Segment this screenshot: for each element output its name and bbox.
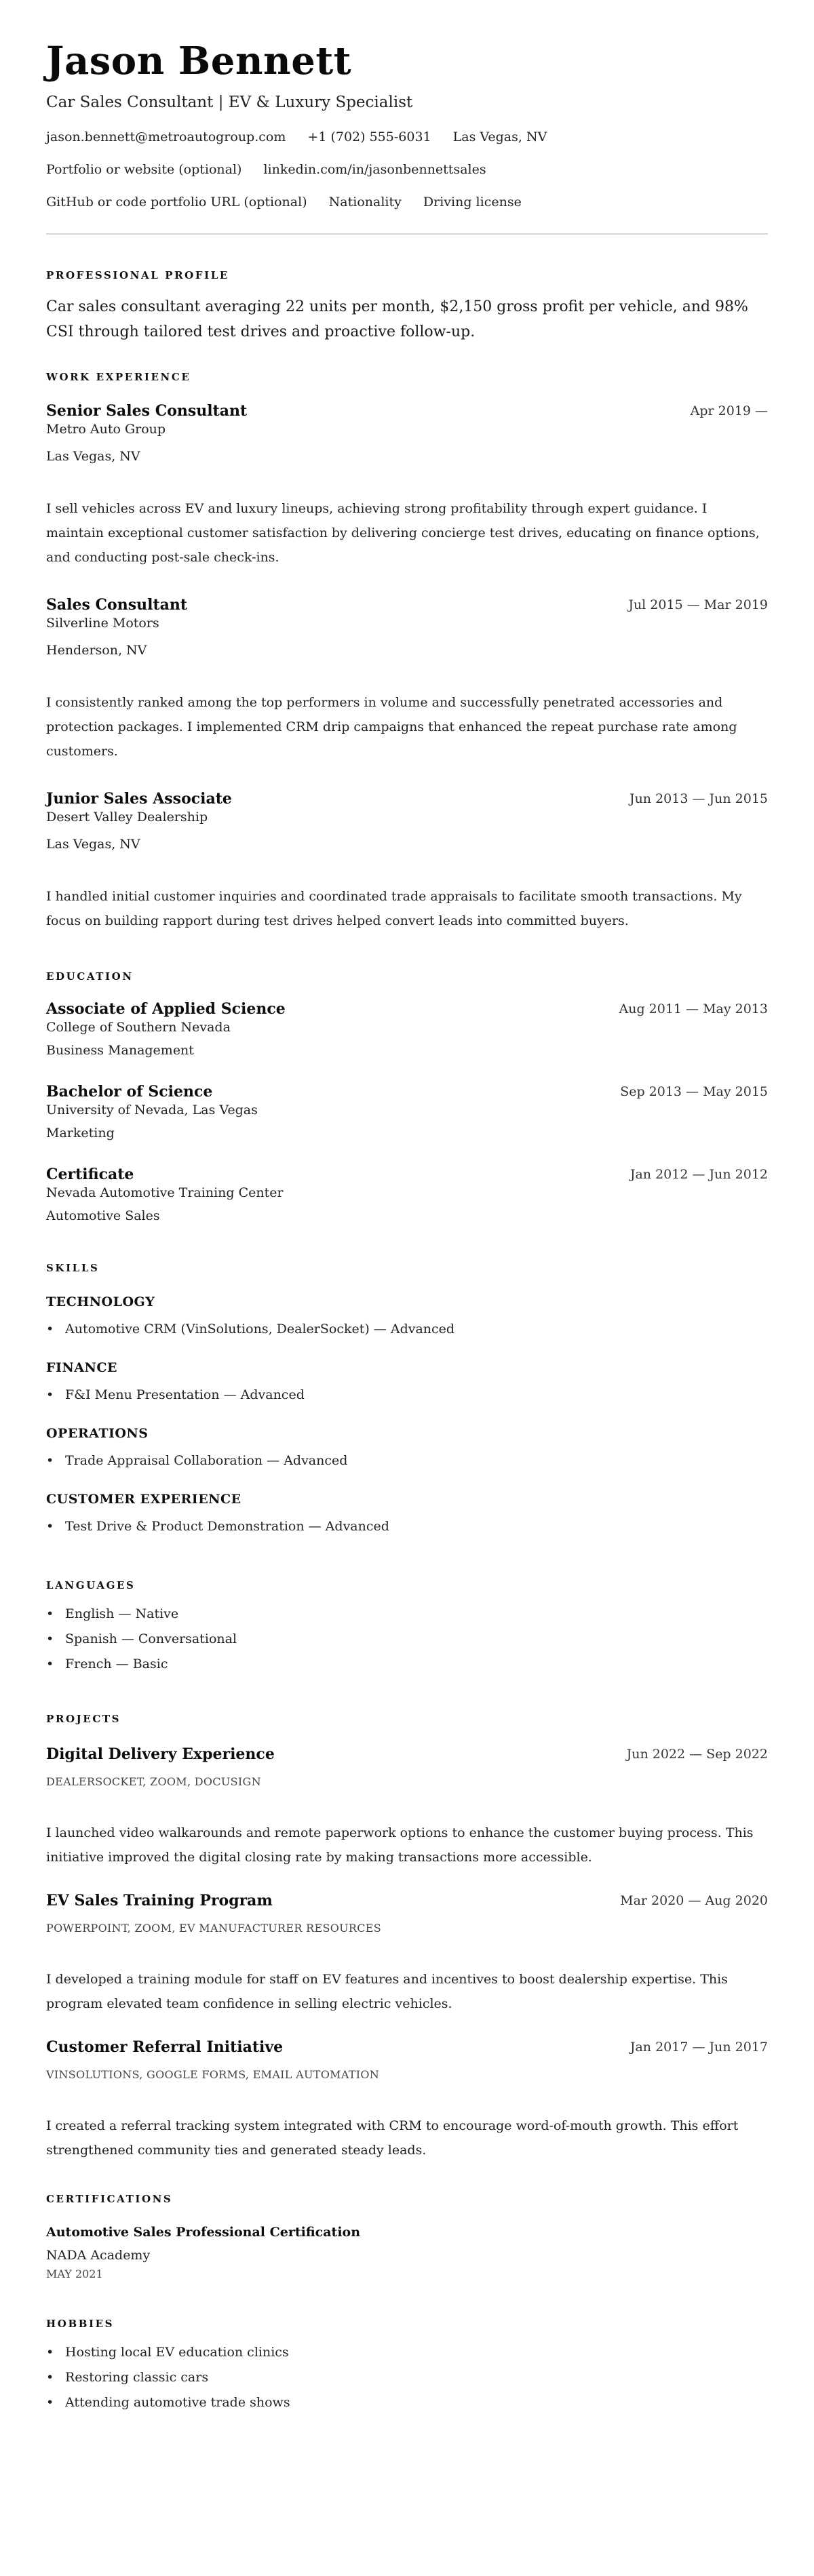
skills-section: Skills Technology Automotive CRM (VinSol… — [46, 1261, 768, 1539]
project-item: Customer Referral Initiative Jan 2017 — … — [46, 2038, 768, 2162]
contact-row-primary: jason.bennett@metroautogroup.com +1 (702… — [46, 129, 768, 145]
resume-header: Jason Bennett Car Sales Consultant | EV … — [46, 0, 768, 210]
work-item: Sales Consultant Jul 2015 — Mar 2019 Sil… — [46, 595, 768, 764]
candidate-headline: Car Sales Consultant | EV & Luxury Speci… — [46, 92, 768, 113]
education-dates: Jan 2012 — Jun 2012 — [630, 1165, 768, 1184]
education-dates: Sep 2013 — May 2015 — [620, 1082, 768, 1101]
section-heading-skills: Skills — [46, 1261, 768, 1275]
job-title: Senior Sales Consultant — [46, 401, 768, 420]
job-location: Henderson, NV — [46, 641, 768, 659]
contact-github[interactable]: GitHub or code portfolio URL (optional) — [46, 195, 307, 210]
contact-phone[interactable]: +1 (702) 555-6031 — [307, 130, 431, 144]
certifications-section: Certifications Automotive Sales Professi… — [46, 2192, 768, 2282]
section-heading-education: Education — [46, 970, 768, 983]
section-heading-profile: Professional Profile — [46, 269, 768, 282]
school-name: College of Southern Nevada — [46, 1018, 768, 1036]
languages-section: Languages English — Native Spanish — Con… — [46, 1579, 768, 1677]
project-item: EV Sales Training Program Mar 2020 — Aug… — [46, 1891, 768, 2016]
skill-list: Test Drive & Product Demonstration — Adv… — [46, 1514, 768, 1539]
hobby-item: Hosting local EV education clinics — [65, 2340, 768, 2365]
project-description: I created a referral tracking system int… — [46, 2114, 768, 2162]
hobby-item: Restoring classic cars — [65, 2365, 768, 2390]
skill-group-title: Finance — [46, 1360, 768, 1376]
job-location: Las Vegas, NV — [46, 835, 768, 853]
project-dates: Jan 2017 — Jun 2017 — [630, 2038, 768, 2057]
school-name: University of Nevada, Las Vegas — [46, 1101, 768, 1119]
project-tech-stack: DealerSocket, Zoom, DocuSign — [46, 1775, 768, 1789]
job-company: Metro Auto Group — [46, 420, 768, 438]
school-name: Nevada Automotive Training Center — [46, 1184, 768, 1202]
projects-section: Projects Digital Delivery Experience Jun… — [46, 1712, 768, 2162]
section-heading-languages: Languages — [46, 1579, 768, 1592]
job-description: I handled initial customer inquiries and… — [46, 884, 768, 933]
profile-section: Professional Profile Car sales consultan… — [46, 269, 768, 344]
section-heading-projects: Projects — [46, 1712, 768, 1726]
hobby-list: Hosting local EV education clinics Resto… — [46, 2340, 768, 2415]
certification-title: Automotive Sales Professional Certificat… — [46, 2223, 768, 2241]
project-description: I launched video walkarounds and remote … — [46, 1821, 768, 1869]
skill-item: Test Drive & Product Demonstration — Adv… — [65, 1514, 768, 1539]
job-dates: Jun 2013 — Jun 2015 — [629, 789, 768, 808]
hobby-item: Attending automotive trade shows — [65, 2390, 768, 2415]
contact-location: Las Vegas, NV — [453, 130, 547, 144]
job-company: Silverline Motors — [46, 614, 768, 632]
job-description: I sell vehicles across EV and luxury lin… — [46, 496, 768, 570]
project-item: Digital Delivery Experience Jun 2022 — S… — [46, 1745, 768, 1869]
contact-portfolio[interactable]: Portfolio or website (optional) — [46, 162, 241, 177]
education-item: Associate of Applied Science Aug 2011 — … — [46, 999, 768, 1059]
profile-summary: Car sales consultant averaging 22 units … — [46, 294, 768, 344]
section-heading-certifications: Certifications — [46, 2192, 768, 2206]
language-item: French — Basic — [65, 1652, 768, 1677]
project-tech-stack: VinSolutions, Google Forms, Email automa… — [46, 2067, 768, 2082]
language-item: English — Native — [65, 1602, 768, 1627]
job-dates: Jul 2015 — Mar 2019 — [628, 595, 768, 614]
skill-list: Trade Appraisal Collaboration — Advanced — [46, 1448, 768, 1473]
header-divider — [46, 233, 768, 235]
job-company: Desert Valley Dealership — [46, 808, 768, 826]
skill-item: Trade Appraisal Collaboration — Advanced — [65, 1448, 768, 1473]
work-item: Junior Sales Associate Jun 2013 — Jun 20… — [46, 789, 768, 933]
skill-group-title: Technology — [46, 1294, 768, 1310]
hobbies-section: Hobbies Hosting local EV education clini… — [46, 2317, 768, 2456]
contact-email[interactable]: jason.bennett@metroautogroup.com — [46, 130, 286, 144]
education-section: Education Associate of Applied Science A… — [46, 970, 768, 1225]
contact-linkedin[interactable]: linkedin.com/in/jasonbennettsales — [264, 162, 486, 177]
field-of-study: Automotive Sales — [46, 1207, 768, 1225]
job-location: Las Vegas, NV — [46, 448, 768, 465]
contact-driving-license: Driving license — [423, 195, 522, 210]
education-item: Bachelor of Science Sep 2013 — May 2015 … — [46, 1082, 768, 1142]
section-heading-work: Work Experience — [46, 370, 768, 384]
section-heading-hobbies: Hobbies — [46, 2317, 768, 2331]
project-tech-stack: PowerPoint, Zoom, EV manufacturer resour… — [46, 1921, 768, 1936]
project-dates: Jun 2022 — Sep 2022 — [627, 1745, 768, 1764]
contact-nationality: Nationality — [329, 195, 402, 210]
education-item: Certificate Jan 2012 — Jun 2012 Nevada A… — [46, 1165, 768, 1225]
field-of-study: Marketing — [46, 1124, 768, 1142]
skill-list: Automotive CRM (VinSolutions, DealerSock… — [46, 1317, 768, 1342]
project-description: I developed a training module for staff … — [46, 1967, 768, 2016]
skill-item: Automotive CRM (VinSolutions, DealerSock… — [65, 1317, 768, 1342]
skill-list: F&I Menu Presentation — Advanced — [46, 1383, 768, 1408]
work-item: Senior Sales Consultant Apr 2019 — Metro… — [46, 401, 768, 570]
work-section: Work Experience Senior Sales Consultant … — [46, 370, 768, 933]
skill-group-title: Customer Experience — [46, 1491, 768, 1507]
job-description: I consistently ranked among the top perf… — [46, 690, 768, 764]
contact-row-links: Portfolio or website (optional) linkedin… — [46, 161, 768, 178]
certification-date: May 2021 — [46, 2267, 768, 2282]
education-dates: Aug 2011 — May 2013 — [619, 999, 768, 1018]
language-item: Spanish — Conversational — [65, 1627, 768, 1652]
contact-row-extra: GitHub or code portfolio URL (optional) … — [46, 194, 768, 210]
project-dates: Mar 2020 — Aug 2020 — [620, 1891, 768, 1910]
skill-item: F&I Menu Presentation — Advanced — [65, 1383, 768, 1408]
candidate-name: Jason Bennett — [46, 0, 768, 83]
resume-page: Jason Bennett Car Sales Consultant | EV … — [0, 0, 814, 2456]
field-of-study: Business Management — [46, 1042, 768, 1059]
language-list: English — Native Spanish — Conversationa… — [46, 1602, 768, 1677]
certification-issuer: NADA Academy — [46, 2246, 768, 2264]
skill-group-title: Operations — [46, 1425, 768, 1442]
job-dates: Apr 2019 — — [691, 401, 768, 420]
certification-item: Automotive Sales Professional Certificat… — [46, 2223, 768, 2282]
